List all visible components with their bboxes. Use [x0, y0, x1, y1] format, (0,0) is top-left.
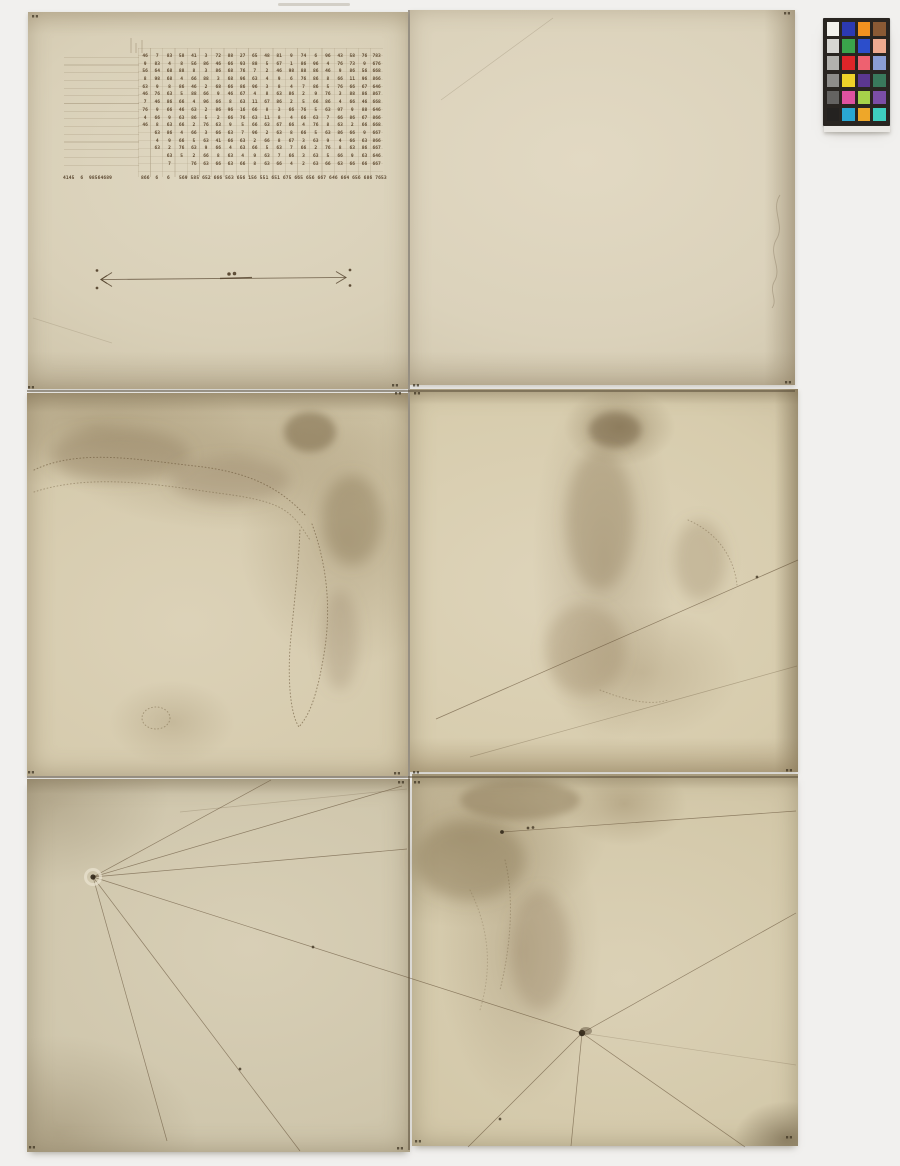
table-top-ticks	[131, 38, 142, 53]
plate-scan: 4678358413728827654881974696435876783983…	[0, 0, 900, 1166]
color-patch	[842, 74, 854, 88]
rhumb-ray-br-5	[582, 1033, 796, 1065]
scale-bar-center-mark	[228, 273, 231, 276]
color-patch	[858, 39, 870, 53]
margin-scribble	[772, 195, 780, 308]
color-patch	[873, 74, 885, 88]
color-patch	[873, 22, 885, 36]
scale-bar	[96, 269, 351, 289]
compass-hub-bottom-left	[90, 874, 95, 879]
color-patch	[873, 108, 885, 122]
color-patch	[827, 56, 839, 70]
rhumb-line-hub-to-hub	[93, 877, 582, 1033]
rhumb-ray-br-1	[582, 913, 796, 1033]
map-mottling-middle-left	[50, 412, 382, 690]
color-patch	[827, 39, 839, 53]
color-patch	[858, 22, 870, 36]
color-card-grid	[827, 22, 886, 122]
color-patch	[827, 108, 839, 122]
color-patch	[842, 108, 854, 122]
rhumb-ray-bl-6	[93, 877, 167, 1141]
scratch-line-top-right	[441, 18, 553, 100]
engraving-overlay	[0, 0, 900, 1166]
registration-marks	[28, 12, 792, 1150]
color-patch	[842, 22, 854, 36]
color-patch	[842, 91, 854, 105]
color-patch	[827, 22, 839, 36]
rhumb-ray-br-4	[582, 1033, 745, 1147]
rhumb-line-mr-2	[470, 666, 797, 757]
color-patch	[858, 108, 870, 122]
color-patch	[873, 39, 885, 53]
rhumb-line-mr-1	[436, 560, 798, 719]
map-mottling-middle-right	[545, 412, 726, 695]
color-patch	[858, 74, 870, 88]
scale-bar-center-thick	[220, 278, 252, 279]
map-mottling-bottom-right	[415, 780, 580, 1010]
rhumb-ray-bl-5	[93, 877, 300, 1151]
color-patch	[827, 74, 839, 88]
rhumb-ray-br-3	[571, 1033, 582, 1146]
color-patch	[858, 91, 870, 105]
color-patch	[858, 56, 870, 70]
rhumb-ray-bl-1	[93, 780, 271, 877]
scratch-line-top-left	[33, 318, 112, 343]
color-patch	[842, 56, 854, 70]
color-patch	[842, 39, 854, 53]
color-patch	[827, 91, 839, 105]
rhumb-ray-br-2	[468, 1033, 582, 1147]
line-origin-dot	[500, 830, 504, 834]
color-patch	[873, 91, 885, 105]
color-calibration-card	[823, 18, 890, 126]
rhumb-ray-bl-faint	[180, 789, 407, 812]
color-card-base-edge	[824, 126, 890, 132]
color-patch	[873, 56, 885, 70]
